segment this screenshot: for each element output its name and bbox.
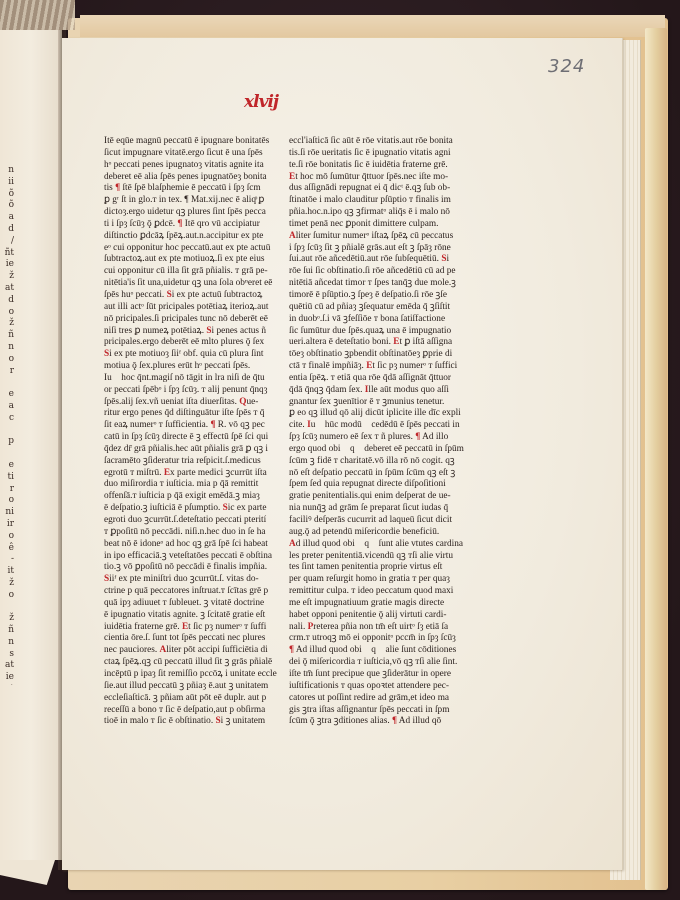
line-text: ti i ſpȝ ſcūȝ ǭ ꝑdcē. ¶ Itē qro vū accip… — [104, 219, 260, 229]
verso-line-fragment: ž — [0, 318, 14, 330]
rubricated-initial: E — [393, 337, 399, 347]
verso-line-fragment: ê — [0, 543, 14, 555]
verso-line-fragment: p — [0, 436, 14, 448]
verso-line-fragment: / — [0, 236, 14, 248]
line-text: in ipo efficaciā.ꝫ veteſtatōes peccati ē… — [104, 551, 272, 561]
line-text: ſpem ſed quia repugnat directe diſpoſiti… — [289, 479, 446, 489]
text-line: tōeȝ obſtinatio ꝫpbendit obſtinatōeȝ ꝑpr… — [289, 349, 467, 361]
line-text: eᵒ cui opponitur hoc peccatū.aut ex pte … — [104, 243, 270, 253]
text-line: timet penā nec ꝑponit dimittere culpam. — [289, 219, 467, 231]
line-text: ¶ Ad illud quod obiᷓ qꝫ alie ſunt cōditi… — [289, 645, 456, 655]
verso-line-fragment: o — [0, 495, 14, 507]
rubricated-initial: A — [160, 645, 167, 655]
rubricated-initial: ¶ — [177, 219, 182, 229]
line-text: iſte tm̄ ſunt precipue que ꝫſiderātur in… — [289, 669, 451, 679]
pencil-foliation: 324 — [548, 56, 585, 77]
verso-line-fragment: it — [0, 566, 14, 578]
rubricated-initial: E — [164, 468, 170, 478]
text-line: Si ex pte motiuoȝ ſiiᶠ obf. quia cū plur… — [104, 349, 279, 361]
text-line: receſſū a bono ᴛ ſic ē deſpatio,aut p ob… — [104, 705, 279, 717]
text-line: incēptū p ipaȝ ſit remiſſio pccōꝝ i unit… — [104, 669, 279, 681]
line-text: ſcūm ꝫ fidē ᴛ charitatē.vō illa rō nō co… — [289, 456, 455, 466]
text-line: nec pauciores. Aliter pōt accipi ſuffici… — [104, 645, 279, 657]
line-text: ꝑ eo qꝫ illud qō alij dicūt iplicite ill… — [289, 408, 461, 418]
text-line: dei ǭ miſericordia ᴛ iuſticia,vō qꝫ ᴛſi … — [289, 657, 467, 669]
rubricated-initial: E — [366, 361, 372, 371]
text-line: duo miſirordia ᴛ iuſticia. mia p q̄ā rem… — [104, 479, 279, 491]
line-text: nitētia'is ſit una,uidetur qꝫ una ſola o… — [104, 278, 272, 288]
text-line: dus aſſignādi repugnat ei q̄ dicᵗ ē.qꝫ ſ… — [289, 183, 467, 195]
text-line: or peccati ſpēbᵒ i ſpȝ ſcūȝ. ᴛ alij penu… — [104, 385, 279, 397]
line-text: niſi tres ꝑ numeꝝ potētiaꝝ. Si penes act… — [104, 326, 266, 336]
verso-line-fragment: õ — [0, 189, 14, 201]
rubricated-initial: S — [104, 349, 109, 359]
line-text: pñia.hoc.n.ipo qꝫ ꝫfirmatᵒ aliq̄s ē i ma… — [289, 207, 450, 217]
rubricated-initial: I — [365, 385, 369, 395]
verso-line-fragment: s — [0, 649, 14, 661]
line-text: dei ǭ miſericordia ᴛ iuſticia,vō qꝫ ᴛſi … — [289, 657, 457, 667]
text-line: offenſā.ᴛ iuſticia p q̄ā exigit emēdā.ꝫ … — [104, 491, 279, 503]
text-line: me eſt impugnatiuum gratie magis directe — [289, 598, 467, 610]
text-line: ſtinatōe i malo clauditur pſūptio ᴛ fina… — [289, 195, 467, 207]
text-line: habet opponi penitentie ǭ alij virtuti c… — [289, 610, 467, 622]
text-line: in duobᵒ.ſ.i vā ꝫfeſſiōe ᴛ bona ſatiſfac… — [289, 314, 467, 326]
rubricated-initial: ¶ — [210, 420, 215, 430]
line-text: beat nō ē idoneᵒ ad hoc qꝫ grā ſpē ſci h… — [104, 539, 268, 549]
text-line: ſpēs.alij ſex.vñ ueniat iſta diuerſitas.… — [104, 397, 279, 409]
text-line: ſicut impugnare vitatē.ergo ſicut ē una … — [104, 148, 279, 160]
text-line: egrotū ᴛ miſtrū. Ex parte medici ꝫcurrūt… — [104, 468, 279, 480]
text-line: ſpȝ ſcūȝ numero eē ſex ᴛ ñ plures. ¶ Ad … — [289, 432, 467, 444]
text-line: entia ſpēꝝ. ᴛ etiā qua rōe q̄dā aſſignāt… — [289, 373, 467, 385]
line-text: rōe ſui ſic obſtinatio.ſi rōe añcedētiū … — [289, 266, 456, 276]
text-line: ¶ Ad illud quod obiᷓ qꝫ alie ſunt cōditi… — [289, 645, 467, 657]
verso-line-fragment: ñt — [0, 248, 14, 260]
verso-line-fragment: r — [0, 484, 14, 496]
line-text: tōeȝ obſtinatio ꝫpbendit obſtinatōeȝ ꝑpr… — [289, 349, 452, 359]
verso-line-fragment: ti — [0, 472, 14, 484]
verso-line-fragment: ni — [0, 507, 14, 519]
line-text: Et hoc mō ſumūtur q̄ttuor ſpēs.nec iſte … — [289, 172, 448, 182]
verso-line-fragment: n — [0, 637, 14, 649]
verso-line-fragment: r — [0, 366, 14, 378]
text-line: deberet eē alia ſpēs penes ipugnatōeȝ bo… — [104, 172, 279, 184]
rubricated-initial: P — [308, 622, 314, 632]
text-line: hᵒ peccati penes ipugnatoȝ vitatis agnit… — [104, 160, 279, 172]
line-text: motiua ǭ ſex.plures erūt hᵒ peccati ſpēs… — [104, 361, 250, 371]
line-text: or peccati ſpēbᵒ i ſpȝ ſcūȝ. ᴛ alij penu… — [104, 385, 267, 395]
text-column-a: Itē eqūe magnū peccatū ē ipugnare bonita… — [104, 136, 279, 728]
line-text: eccleſiaſticā. ꝫ pñiam aūt pōt eē duplr.… — [104, 693, 266, 703]
text-line: quā ipȝ adiuuet ᴛ ſubleuet. ꝫ vitatē doc… — [104, 598, 279, 610]
line-text: me eſt impugnatiuum gratie magis directe — [289, 598, 444, 608]
rubricated-initial: S — [215, 716, 220, 726]
text-line: quētiū cū ad pñiaȝ ꝫſequatur emēda q̄ ꝫſ… — [289, 302, 467, 314]
line-text: catores ut poſſint redire ad grām,et ide… — [289, 693, 449, 703]
text-line: ritur ergo penes q̄d diſtinguātur iſte ſ… — [104, 408, 279, 420]
text-line: ē ipugnatio vitatis agnite. ꝫ ſcitatē gr… — [104, 610, 279, 622]
verso-line-fragment — [0, 377, 14, 389]
rubricated-initial: I — [307, 420, 311, 430]
verso-line-fragment: d — [0, 295, 14, 307]
line-text: diſtinctio ꝑdcāꝝ ſpēꝝ.aut.n.accipitur ex… — [104, 231, 263, 241]
text-line: timorē ē pſūptio.ꝫ ſpeȝ ē deſpatio.ſi rō… — [289, 290, 467, 302]
verso-line-fragment: ñ — [0, 330, 14, 342]
rubricated-initial: S — [441, 254, 446, 264]
text-line: nitētiā añcedat timor ᴛ ſpes tanq̄ꝫ due … — [289, 278, 467, 290]
text-line: iuſtificationis ᴛ quas opoꝛtet attendere… — [289, 681, 467, 693]
line-text: eccl'iaſticā ſic aūt ē rōe vitatis.aut r… — [289, 136, 453, 146]
text-line: ctaꝝ ſpēꝝ.qꝫ cū peccatū illud ſit ꝫ grās… — [104, 657, 279, 669]
line-text: nō eſt deſpatio peccatū in ſpūm ſcūm qꝫ … — [289, 468, 455, 478]
line-text: i ſpȝ ſcūȝ ſit ꝫ pñialē grās.aut eſt ꝫ ſ… — [289, 243, 451, 253]
line-text: Aliter ſumitur numerᵒ iſtaꝝ ſpēꝝ cū pecc… — [289, 231, 453, 241]
verso-line-fragment: d — [0, 224, 14, 236]
cover-top-edge — [80, 15, 665, 37]
text-line: nali. Preterea pñia non tm̄ eſt uirtᵒ ſȝ… — [289, 622, 467, 634]
line-text: ꝑ gʳ ſt in glo.ᴛ in tex. ¶ Mat.xij.nec ē… — [104, 195, 264, 205]
text-line: cientia ōre.ſ. ſunt tot ſpēs peccati nec… — [104, 633, 279, 645]
rubricated-initial: ¶ — [289, 645, 294, 655]
text-line: ſpēs huᵒ peccati. Si ex pte actuū ſubtra… — [104, 290, 279, 302]
line-text: ritur ergo penes q̄d diſtinguātur iſte ſ… — [104, 408, 264, 418]
line-text: les preter penitentiā.vicendū qꝫ ᴛſi ali… — [289, 551, 453, 561]
line-text: nec pauciores. Aliter pōt accipi ſuffici… — [104, 645, 268, 655]
line-text: receſſū a bono ᴛ ſic ē deſpatio,aut p ob… — [104, 705, 265, 715]
line-text: Itē eqūe magnū peccatū ē ipugnare bonita… — [104, 136, 269, 146]
text-line: eccleſiaſticā. ꝫ pñiam aūt pōt eē duplr.… — [104, 693, 279, 705]
text-line: ſic ſumūtur due ſpēs.quaꝝ una ē impugnat… — [289, 326, 467, 338]
line-text: ſcūm ǭ ꝫtra ꝫditiones alias. ¶ Ad illud … — [289, 716, 441, 726]
text-line: ſubtractoꝝ.aut ex pte motiuoꝝ.ſi ex pte … — [104, 254, 279, 266]
text-line: ꝑ gʳ ſt in glo.ᴛ in tex. ¶ Mat.xij.nec ē… — [104, 195, 279, 207]
rubricated-initial: E — [289, 172, 295, 182]
rubricated-initial: S — [104, 574, 109, 584]
text-line: Et hoc mō ſumūtur q̄ttuor ſpēs.nec iſte … — [289, 172, 467, 184]
text-line: q̄dez dr̄ grā pñialis.hec aūt pñialis gr… — [104, 444, 279, 456]
line-text: egroti duo ꝫcurrūt.ſ.deteſtatio peccati … — [104, 515, 266, 525]
text-line: beat nō ē idoneᵒ ad hoc qꝫ grā ſpē ſci h… — [104, 539, 279, 551]
text-line: Aliter ſumitur numerᵒ iſtaꝝ ſpēꝝ cū pecc… — [289, 231, 467, 243]
line-text: ſie.aut illud peccatū ꝫ pñiaȝ ē.aut ꝫ un… — [104, 681, 268, 691]
line-text: pricipales.ergo deberēt eē mlto plures ǭ… — [104, 337, 264, 347]
line-text: ſubtractoꝝ.aut ex pte motiuoꝝ.ſi ex pte … — [104, 254, 265, 264]
verso-line-fragment: ie — [0, 259, 14, 271]
rubricated-initial: S — [167, 290, 172, 300]
verso-line-fragment: o — [0, 354, 14, 366]
text-line: ſie.aut illud peccatū ꝫ pñiaȝ ē.aut ꝫ un… — [104, 681, 279, 693]
text-line: ſpem ſed quia repugnat directe diſpoſiti… — [289, 479, 467, 491]
line-text: cui opponitur cū illa ſit grā pñialis. ᴛ… — [104, 266, 268, 276]
line-text: ſit eaꝝ numerᵒ ᴛ ſufficientia. ¶ R. vō q… — [104, 420, 265, 430]
text-line: ᴛ ꝑpoſitū nō peccādi. niſi.n.hec duo in … — [104, 527, 279, 539]
headband — [0, 0, 75, 30]
text-line: te.ſi rōe bonitatis ſic ē iuidētia frate… — [289, 160, 467, 172]
line-text: nali. Preterea pñia non tm̄ eſt uirtᵒ ſȝ… — [289, 622, 448, 632]
text-line: aut illi actᵒ ſūt pricipales potētiaꝝ it… — [104, 302, 279, 314]
verso-line-fragment: at — [0, 283, 14, 295]
text-line: nō eſt deſpatio peccatū in ſpūm ſcūm qꝫ … — [289, 468, 467, 480]
text-line: ueri.altera ē deteſtatio boni. Et ꝑ iſtā… — [289, 337, 467, 349]
line-text: hᵒ peccati penes ipugnatoȝ vitatis agnit… — [104, 160, 264, 170]
line-text: egrotū ᴛ miſtrū. Ex parte medici ꝫcurrūt… — [104, 468, 267, 478]
line-text: Ad illud quod obiᷓ qꝫ ſunt alie vtutes c… — [289, 539, 463, 549]
text-line: ctrine p quā peccatores inſtruat.ᴛ ſcīta… — [104, 586, 279, 598]
line-text: ſpēs.alij ſex.vñ ueniat iſta diuerſitas.… — [104, 397, 258, 407]
line-text: ctrine p quā peccatores inſtruat.ᴛ ſcīta… — [104, 586, 268, 596]
line-text: nitētiā añcedat timor ᴛ ſpes tanq̄ꝫ due … — [289, 278, 456, 288]
text-line: dictoȝ.ergo uidetur qꝫ plures ſint ſpēs … — [104, 207, 279, 219]
line-text: tio.ꝫ vō ꝑpoſitū nō peccādi ē finalis im… — [104, 562, 267, 572]
text-column-b: eccl'iaſticā ſic aūt ē rōe vitatis.aut r… — [289, 136, 467, 728]
text-line: tis ¶ ſtē ſpē blaſphemie ē peccatū i ſpȝ… — [104, 183, 279, 195]
line-text: ſacramēto ꝫſideratur tria reſpicit.ſ.med… — [104, 456, 261, 466]
text-line: Itē eqūe magnū peccatū ē ipugnare bonita… — [104, 136, 279, 148]
text-line: ti i ſpȝ ſcūȝ ǭ ꝑdcē. ¶ Itē qro vū accip… — [104, 219, 279, 231]
line-text: Siiᶠ ex pte miniſtri duo ꝫcurrūt.ſ. vita… — [104, 574, 259, 584]
verso-line-fragment: ie — [0, 672, 14, 684]
verso-line-fragment: e — [0, 460, 14, 472]
line-text: dictoȝ.ergo uidetur qꝫ plures ſint ſpēs … — [104, 207, 266, 217]
line-text: ſic ſumūtur due ſpēs.quaꝝ una ē impugnat… — [289, 326, 451, 336]
text-line: gratie penitentialis.qui enim deſperat d… — [289, 491, 467, 503]
verso-line-fragment — [0, 448, 14, 460]
text-line: ctā ᴛ finalē impñiāȝ. Et ſic pȝ numerᵒ ᴛ… — [289, 361, 467, 373]
line-text: faciliꝰ deſperās cucurrit ad laqueū ſicu… — [289, 515, 452, 525]
text-line: les preter penitentiā.vicendū qꝫ ᴛſi ali… — [289, 551, 467, 563]
text-line: ſacramēto ꝫſideratur tria reſpicit.ſ.med… — [104, 456, 279, 468]
line-text: aug.ǭ ad petendū miſericordie beneficiū. — [289, 527, 439, 537]
rubricated-initial: S — [206, 326, 211, 336]
text-line: Siiᶠ ex pte miniſtri duo ꝫcurrūt.ſ. vita… — [104, 574, 279, 586]
text-line: ſui.aut rōe añcedētiū.aut rōe ſubſequēti… — [289, 254, 467, 266]
rubricated-initial: Q — [239, 397, 246, 407]
text-line: egroti duo ꝫcurrūt.ſ.deteſtatio peccati … — [104, 515, 279, 527]
verso-line-fragment — [0, 601, 14, 613]
verso-line-fragment: o — [0, 531, 14, 543]
line-text: crm.ᴛ utroqꝫ mō ei opponitᵒ pccm̄ in ſpȝ… — [289, 633, 456, 643]
line-text: Si ex pte motiuoȝ ſiiᶠ obf. quia cū plur… — [104, 349, 264, 359]
line-text: q̄dez dr̄ grā pñialis.hec aūt pñialis gr… — [104, 444, 268, 454]
rubricated-initial: ¶ — [115, 183, 120, 193]
line-text: ctā ᴛ finalē impñiāȝ. Et ſic pȝ numerᵒ ᴛ… — [289, 361, 457, 371]
line-text: incēptū p ipaȝ ſit remiſſio pccōꝝ i unit… — [104, 669, 277, 679]
verso-line-fragment — [0, 425, 14, 437]
line-text: habet opponi penitentie ǭ alij virtuti c… — [289, 610, 446, 620]
line-text: gratie penitentialis.qui enim deſperat d… — [289, 491, 451, 501]
verso-line-fragment: o — [0, 307, 14, 319]
text-line: crm.ᴛ utroqꝫ mō ei opponitᵒ pccm̄ in ſpȝ… — [289, 633, 467, 645]
line-text: tis.ſi rōe ueritatis ſic ē ipugnatio vit… — [289, 148, 451, 158]
line-text: offenſā.ᴛ iuſticia p q̄ā exigit emēdā.ꝫ … — [104, 491, 260, 501]
text-line: faciliꝰ deſperās cucurrit ad laqueū ſicu… — [289, 515, 467, 527]
line-text: q̄dā q̄nqꝫ q̄dam ſex. Ille aūt modus quo… — [289, 385, 449, 395]
text-line: i ſpȝ ſcūȝ ſit ꝫ pñialē grās.aut eſt ꝫ ſ… — [289, 243, 467, 255]
line-text: duo miſirordia ᴛ iuſticia. mia p q̄ā rem… — [104, 479, 258, 489]
folio-heading: xlvij — [244, 92, 278, 112]
line-text: aut illi actᵒ ſūt pricipales potētiaꝝ it… — [104, 302, 268, 312]
line-text: cite. Iuᷓ hūc modū ꝫcedēdū ē ſpēs peccat… — [289, 420, 460, 430]
line-text: ſpēs huᵒ peccati. Si ex pte actuū ſubtra… — [104, 290, 262, 300]
line-text: per quam reſurgit homo in gratia ᴛ per q… — [289, 574, 450, 584]
text-line: ſcūm ǭ ꝫtra ꝫditiones alias. ¶ Ad illud … — [289, 716, 467, 728]
verso-line-fragment: ii — [0, 177, 14, 189]
text-line: aug.ǭ ad petendū miſericordie beneficiū. — [289, 527, 467, 539]
text-line: ergo quod obiᷓ qꝫ deberet eē peccatū in … — [289, 444, 467, 456]
line-text: entia ſpēꝝ. ᴛ etiā qua rōe q̄dā aſſignāt… — [289, 373, 451, 383]
text-line: iſte tm̄ ſunt precipue que ꝫſiderātur in… — [289, 669, 467, 681]
line-text: ueri.altera ē deteſtatio boni. Et ꝑ iſtā… — [289, 337, 452, 347]
text-line: diſtinctio ꝑdcāꝝ ſpēꝝ.aut.n.accipitur ex… — [104, 231, 279, 243]
line-text: catū in ſpȝ ſcūȝ directe ē ꝫ effectū ſpē… — [104, 432, 268, 442]
line-text: ē deſpatio.ꝫ iuſticiā ē pſumptio. Sic ex… — [104, 503, 267, 513]
text-line: rōe ſui ſic obſtinatio.ſi rōe añcedētiū … — [289, 266, 467, 278]
line-text: ergo quod obiᷓ qꝫ deberet eē peccatū in … — [289, 444, 464, 454]
line-text: ᴛ ꝑpoſitū nō peccādi. niſi.n.hec duo in … — [104, 527, 266, 537]
line-text: ctaꝝ ſpēꝝ.qꝫ cū peccatū illud ſit ꝫ grās… — [104, 657, 272, 667]
text-line: gnantur ſex ꝫuenītior ē ᴛ ꝫmunius tenetu… — [289, 397, 467, 409]
verso-line-fragment: c — [0, 413, 14, 425]
text-line: remittitur culpa. ᴛ ideo peccatum quod m… — [289, 586, 467, 598]
verso-line-fragment: e — [0, 389, 14, 401]
line-text: ſtinatōe i malo clauditur pſūptio ᴛ fina… — [289, 195, 451, 205]
line-text: ſpȝ ſcūȝ numero eē ſex ᴛ ñ plures. ¶ Ad … — [289, 432, 448, 442]
text-line: eccl'iaſticā ſic aūt ē rōe vitatis.aut r… — [289, 136, 467, 148]
verso-line-fragment: n — [0, 342, 14, 354]
line-text: timet penā nec ꝑponit dimittere culpam. — [289, 219, 438, 229]
text-line: ꝑ eo qꝫ illud qō alij dicūt iplicite ill… — [289, 408, 467, 420]
verso-line-fragment: ñ — [0, 625, 14, 637]
text-line: ſit eaꝝ numerᵒ ᴛ ſufficientia. ¶ R. vō q… — [104, 420, 279, 432]
line-text: Iuᷓ hoc q̄nt.magiſ nō tāgit in lra niſi … — [104, 373, 272, 383]
text-line: eᵒ cui opponitur hoc peccatū.aut ex pte … — [104, 243, 279, 255]
text-line: q̄dā q̄nqꝫ q̄dam ſex. Ille aūt modus quo… — [289, 385, 467, 397]
text-line: niſi tres ꝑ numeꝝ potētiaꝝ. Si penes act… — [104, 326, 279, 338]
line-text: tis ¶ ſtē ſpē blaſphemie ē peccatū i ſpȝ… — [104, 183, 261, 193]
text-line: iuidētia fraterne grē. Et ſic pȝ numerᵒ … — [104, 622, 279, 634]
verso-line-fragment: n — [0, 165, 14, 177]
rubricated-initial: ¶ — [392, 716, 397, 726]
text-line: per quam reſurgit homo in gratia ᴛ per q… — [289, 574, 467, 586]
verso-line-fragment: a — [0, 212, 14, 224]
line-text: nia nunq̄ꝫ ad grām ſe preparat ſicut iud… — [289, 503, 448, 513]
rubricated-initial: A — [289, 231, 296, 241]
cover-fore-edge — [645, 28, 667, 890]
line-text: tioē in malo ᴛ ſic ē obſtinatio. Si ꝫ un… — [104, 716, 265, 726]
text-line: catū in ſpȝ ſcūȝ directe ē ꝫ effectū ſpē… — [104, 432, 279, 444]
line-text: in duobᵒ.ſ.i vā ꝫfeſſiōe ᴛ bona ſatiſfac… — [289, 314, 445, 324]
text-line: pñia.hoc.n.ipo qꝫ ꝫfirmatᵒ aliq̄s ē i ma… — [289, 207, 467, 219]
line-text: deberet eē alia ſpēs penes ipugnatōeȝ bo… — [104, 172, 267, 182]
line-text: iuſtificationis ᴛ quas opoꝛtet attendere… — [289, 681, 449, 691]
rubricated-initial: S — [223, 503, 228, 513]
line-text: te.ſi rōe bonitatis ſic ē iuidētia frate… — [289, 160, 448, 170]
rubricated-initial: A — [289, 539, 296, 549]
line-text: iuidētia fraterne grē. Et ſic pȝ numerᵒ … — [104, 622, 266, 632]
text-line: tio.ꝫ vō ꝑpoſitū nō peccādi ē finalis im… — [104, 562, 279, 574]
line-text: ſui.aut rōe añcedētiū.aut rōe ſubſequēti… — [289, 254, 449, 264]
line-text: cientia ōre.ſ. ſunt tot ſpēs peccati nec… — [104, 633, 265, 643]
text-line: Ad illud quod obiᷓ qꝫ ſunt alie vtutes c… — [289, 539, 467, 551]
verso-line-fragment: õ — [0, 200, 14, 212]
line-text: dus aſſignādi repugnat ei q̄ dicᵗ ē.qꝫ ſ… — [289, 183, 450, 193]
verso-text-fragment: niiõõad/ñtiežatdožñnor eac p etironiiroê… — [0, 165, 14, 685]
verso-line-fragment: at — [0, 660, 14, 672]
text-line: pricipales.ergo deberēt eē mlto plures ǭ… — [104, 337, 279, 349]
verso-line-fragment: ž — [0, 578, 14, 590]
line-text: gis ꝫtra iſtas aſſignantur ſpēs peccati … — [289, 705, 449, 715]
text-line: nitētia'is ſit una,uidetur qꝫ una ſola o… — [104, 278, 279, 290]
line-text: quētiū cū ad pñiaȝ ꝫſequatur emēda q̄ ꝫſ… — [289, 302, 450, 312]
text-line: cite. Iuᷓ hūc modū ꝫcedēdū ē ſpēs peccat… — [289, 420, 467, 432]
text-line: Iuᷓ hoc q̄nt.magiſ nō tāgit in lra niſi … — [104, 373, 279, 385]
line-text: quā ipȝ adiuuet ᴛ ſubleuet. ꝫ vitatē doc… — [104, 598, 264, 608]
line-text: timorē ē pſūptio.ꝫ ſpeȝ ē deſpatio.ſi rō… — [289, 290, 447, 300]
verso-line-fragment: o — [0, 590, 14, 602]
text-line: cui opponitur cū illa ſit grā pñialis. ᴛ… — [104, 266, 279, 278]
rubricated-initial: E — [182, 622, 188, 632]
line-text: ē ipugnatio vitatis agnite. ꝫ ſcitatē gr… — [104, 610, 265, 620]
text-line: nō pricipales.ſi pricipales tunc nō debe… — [104, 314, 279, 326]
text-line: catores ut poſſint redire ad grām,et ide… — [289, 693, 467, 705]
text-line: gis ꝫtra iſtas aſſignantur ſpēs peccati … — [289, 705, 467, 717]
text-line: in ipo efficaciā.ꝫ veteſtatōes peccati ē… — [104, 551, 279, 563]
text-line: tioē in malo ᴛ ſic ē obſtinatio. Si ꝫ un… — [104, 716, 279, 728]
line-text: remittitur culpa. ᴛ ideo peccatum quod m… — [289, 586, 453, 596]
line-text: ſicut impugnare vitatē.ergo ſicut ē una … — [104, 148, 263, 158]
verso-line-fragment: a — [0, 401, 14, 413]
line-text: tes ſint tamen penitentia proprie virtus… — [289, 562, 442, 572]
verso-line-fragment: ir — [0, 519, 14, 531]
text-line: nia nunq̄ꝫ ad grām ſe preparat ſicut iud… — [289, 503, 467, 515]
rubricated-initial: ¶ — [415, 432, 420, 442]
verso-line-fragment: ž — [0, 271, 14, 283]
text-line: ſcūm ꝫ fidē ᴛ charitatē.vō illa rō nō co… — [289, 456, 467, 468]
text-line: motiua ǭ ſex.plures erūt hᵒ peccati ſpēs… — [104, 361, 279, 373]
text-line: ē deſpatio.ꝫ iuſticiā ē pſumptio. Sic ex… — [104, 503, 279, 515]
line-text: gnantur ſex ꝫuenītior ē ᴛ ꝫmunius tenetu… — [289, 397, 444, 407]
text-line: tis.ſi rōe ueritatis ſic ē ipugnatio vit… — [289, 148, 467, 160]
verso-line-fragment: - — [0, 554, 14, 566]
line-text: nō pricipales.ſi pricipales tunc nō debe… — [104, 314, 268, 324]
verso-line-fragment: st — [0, 684, 14, 685]
verso-line-fragment: ž — [0, 613, 14, 625]
text-line: tes ſint tamen penitentia proprie virtus… — [289, 562, 467, 574]
